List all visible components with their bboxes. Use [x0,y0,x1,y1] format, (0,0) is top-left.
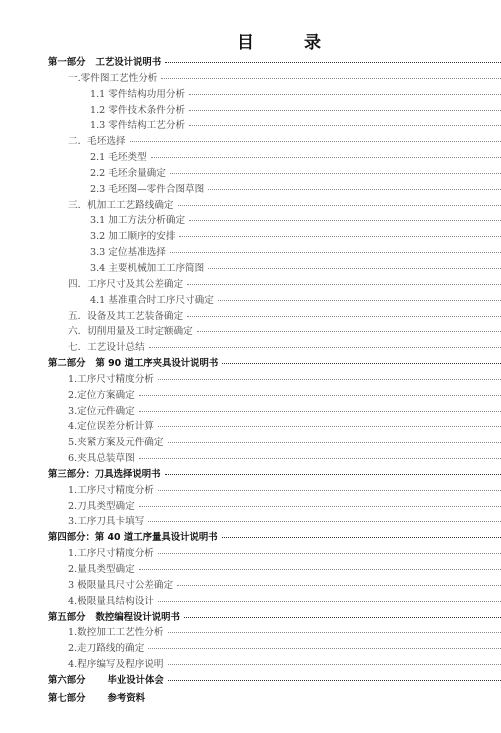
toc-entry[interactable]: 3.1 加工方法分析确定 [48,213,501,229]
toc-entry-text: 四．工序尺寸及其公差确定 [68,279,183,290]
toc-entry[interactable]: 3.4 主要机械加工工序简图 [48,261,501,277]
toc-entry[interactable]: 第六部分毕业设计体会 [48,673,501,689]
toc-entry-text: 2.1 毛坯类型 [90,152,147,163]
toc-entry-label: 七．工艺设计总结 [68,340,147,356]
dot-leader [151,156,501,158]
toc-entry-label: 第一部分工艺设计说明书 [48,55,163,71]
toc-entry-label: 1.工序尺寸精度分析 [68,483,156,499]
dot-leader [165,61,501,63]
dot-leader [170,251,501,253]
toc-entry[interactable]: 六．切削用量及工时定额确定 [48,324,501,340]
toc-entry[interactable]: 6.夹具总装草图 [48,451,501,467]
toc-entry-text: 2.3 毛坯图—零件合图草图 [90,184,204,195]
dot-leader [189,93,501,95]
toc-title: 目 录 [0,28,501,53]
dot-leader [189,219,501,221]
toc-entry-label: 1.2 零件技术条件分析 [90,103,187,119]
dot-leader [148,520,501,522]
dot-leader [149,346,501,348]
toc-entry[interactable]: 3.定位元件确定 [48,404,501,420]
toc-entry-text: 3.4 主要机械加工工序简图 [90,263,204,274]
toc-entry[interactable]: 五．设备及其工艺装备确定 [48,309,501,325]
toc-entry[interactable]: 3.3 定位基准选择 [48,245,501,261]
toc-entry[interactable]: 七．工艺设计总结 [48,340,501,356]
toc-entry-label: 第五部分数控编程设计说明书 [48,610,182,626]
dot-leader [170,172,501,174]
dot-leader [130,140,501,142]
dot-leader [139,394,501,396]
toc-entry[interactable]: 二．毛坯选择 [48,134,501,150]
toc-entry-text: 六．切削用量及工时定额确定 [68,326,193,337]
toc-entry-text: 数控编程设计说明书 [96,612,180,623]
toc-entry-text: 3 极限量具尺寸公差确定 [68,580,173,591]
toc-entry-text: 参考资料 [108,693,146,704]
dot-leader [187,283,501,285]
toc-part-number: 第六部分 [48,675,86,686]
toc-entry-label: 第二部分第 90 道工序夹具设计说明书 [48,356,220,372]
toc-entry-text: 4.极限量具结构设计 [68,596,154,607]
toc-entry-label: 一.零件图工艺性分析 [68,71,159,87]
toc-entry-label: 2.3 毛坯图—零件合图草图 [90,182,206,198]
toc-entry-text: 2.2 毛坯余量确定 [90,168,166,179]
dot-leader [158,552,501,554]
toc-entry-text: 3.工序刀具卡填写 [68,516,144,527]
toc-entry-label: 3.定位元件确定 [68,404,137,420]
dot-leader [184,616,501,618]
toc-entry[interactable]: 2.量具类型确定 [48,562,501,578]
toc-entry[interactable]: 4.1 基准重合时工序尺寸确定 [48,293,501,309]
toc-entry[interactable]: 2.2 毛坯余量确定 [48,166,501,182]
toc-entry-label: 4.1 基准重合时工序尺寸确定 [90,293,216,309]
dot-leader [197,330,501,332]
toc-entry-label: 第六部分毕业设计体会 [48,673,166,689]
toc-part-number: 第五部分 [48,612,86,623]
dot-leader [139,410,501,412]
toc-entry-text: 4.程序编写及程序说明 [68,659,164,670]
toc-entry-text: 4.定位误差分析计算 [68,421,154,432]
toc-part-number: 第一部分 [48,57,86,68]
toc-entry-text: 1.数控加工工艺性分析 [68,627,164,638]
toc-entry-text: 第三部分：刀具选择说明书 [48,469,161,480]
dot-leader [222,536,501,538]
toc-entry[interactable]: 第四部分：第 40 道工序量具设计说明书 [48,530,501,546]
dot-leader [187,315,501,317]
toc-entry-label: 2.定位方案确定 [68,388,137,404]
dot-leader [189,109,501,111]
toc-entry[interactable]: 3.2 加工顺序的安排 [48,229,501,245]
dot-leader [168,441,501,443]
toc-entry[interactable]: 第一部分工艺设计说明书 [48,55,501,71]
toc-entry-text: 1.工序尺寸精度分析 [68,374,154,385]
dot-leader [158,489,501,491]
toc-part-number: 第七部分 [48,693,86,704]
toc-entry-label: 3.3 定位基准选择 [90,245,168,261]
toc-entry-text: 2.刀具类型确定 [68,501,135,512]
toc-entry[interactable]: 第三部分：刀具选择说明书 [48,467,501,483]
toc-entry[interactable]: 1.数控加工工艺性分析 [48,625,501,641]
toc-entry-label: 第三部分：刀具选择说明书 [48,467,163,483]
dot-leader [148,647,501,649]
toc-entry-text: 2.量具类型确定 [68,564,135,575]
toc-entry[interactable]: 4.极限量具结构设计 [48,594,501,610]
toc-entry-text: 二．毛坯选择 [68,136,126,147]
toc-entry[interactable]: 2.走刀路线的确定 [48,641,501,657]
toc-entry-text: 一.零件图工艺性分析 [68,73,157,84]
toc-entry-label: 第七部分参考资料 [48,691,147,707]
toc-entry[interactable]: 2.1 毛坯类型 [48,150,501,166]
toc-entry-text: 3.2 加工顺序的安排 [90,231,175,242]
toc-entry-text: 4.1 基准重合时工序尺寸确定 [90,295,214,306]
toc-entry-label: 1.工序尺寸精度分析 [68,546,156,562]
toc-entry-label: 2.量具类型确定 [68,562,137,578]
toc-entry[interactable]: 4.定位误差分析计算 [48,419,501,435]
toc-entry-text: 3.1 加工方法分析确定 [90,215,185,226]
toc-entry-text: 第 90 道工序夹具设计说明书 [96,358,219,369]
toc-entry-label: 3.4 主要机械加工工序简图 [90,261,206,277]
toc-entry[interactable]: 1.工序尺寸精度分析 [48,372,501,388]
toc-entry-label: 3.工序刀具卡填写 [68,514,146,530]
dot-leader [208,188,501,190]
toc-entry-text: 工艺设计说明书 [96,57,162,68]
dot-leader [161,77,501,79]
toc-entry-label: 5.夹紧方案及元件确定 [68,435,166,451]
toc-entry-text: 3.3 定位基准选择 [90,247,166,258]
toc-entry-text: 5.夹紧方案及元件确定 [68,437,164,448]
toc-entry[interactable]: 2.3 毛坯图—零件合图草图 [48,182,501,198]
toc-entry[interactable]: 第五部分数控编程设计说明书 [48,610,501,626]
dot-leader [139,457,501,459]
toc-entry-text: 2.走刀路线的确定 [68,643,144,654]
dot-leader [168,679,501,681]
dot-leader [139,568,501,570]
toc-entry-text: 1.1 零件结构功用分析 [90,89,185,100]
table-of-contents: 第一部分工艺设计说明书一.零件图工艺性分析1.1 零件结构功用分析1.2 零件技… [48,55,501,707]
toc-entry-label: 1.1 零件结构功用分析 [90,87,187,103]
dot-leader [168,631,501,633]
toc-entry-text: 五．设备及其工艺装备确定 [68,311,183,322]
dot-leader [208,267,501,269]
toc-entry-text: 毕业设计体会 [108,675,164,686]
dot-leader [189,124,501,126]
toc-entry-label: 3 极限量具尺寸公差确定 [68,578,175,594]
toc-entry-text: 2.定位方案确定 [68,390,135,401]
toc-entry-label: 2.1 毛坯类型 [90,150,149,166]
toc-entry-label: 2.2 毛坯余量确定 [90,166,168,182]
toc-entry-label: 2.刀具类型确定 [68,499,137,515]
toc-part-number: 第二部分 [48,358,86,369]
toc-entry-text: 1.工序尺寸精度分析 [68,548,154,559]
toc-entry-text: 七．工艺设计总结 [68,342,145,353]
dot-leader [168,663,501,665]
toc-entry-label: 1.数控加工工艺性分析 [68,625,166,641]
toc-entry-text: 1.2 零件技术条件分析 [90,105,185,116]
toc-entry-text: 1.3 零件结构工艺分析 [90,120,185,131]
toc-entry-label: 4.极限量具结构设计 [68,594,156,610]
dot-leader [165,473,501,475]
toc-entry-label: 2.走刀路线的确定 [68,641,146,657]
toc-entry-text: 三．机加工工艺路线确定 [68,200,174,211]
toc-entry-label: 1.工序尺寸精度分析 [68,372,156,388]
dot-leader [158,600,501,602]
toc-entry[interactable]: 4.程序编写及程序说明 [48,657,501,673]
toc-entry-label: 6.夹具总装草图 [68,451,137,467]
toc-entry-label: 4.程序编写及程序说明 [68,657,166,673]
toc-entry-text: 3.定位元件确定 [68,406,135,417]
dot-leader [139,505,501,507]
toc-entry-text: 第四部分：第 40 道工序量具设计说明书 [48,532,218,543]
dot-leader [158,378,501,380]
toc-entry-text: 6.夹具总装草图 [68,453,135,464]
toc-entry-label: 二．毛坯选择 [68,134,128,150]
toc-entry-label: 4.定位误差分析计算 [68,419,156,435]
dot-leader [222,362,501,364]
toc-entry[interactable]: 2.刀具类型确定 [48,499,501,515]
toc-entry-label: 三．机加工工艺路线确定 [68,198,176,214]
dot-leader [178,204,501,206]
dot-leader [177,584,501,586]
toc-entry[interactable]: 5.夹紧方案及元件确定 [48,435,501,451]
toc-entry[interactable]: 3.工序刀具卡填写 [48,514,501,530]
toc-entry[interactable]: 三．机加工工艺路线确定 [48,198,501,214]
toc-entry[interactable]: 1.工序尺寸精度分析 [48,483,501,499]
toc-entry-label: 第四部分：第 40 道工序量具设计说明书 [48,530,220,546]
dot-leader [158,425,501,427]
toc-entry[interactable]: 3 极限量具尺寸公差确定 [48,578,501,594]
toc-entry[interactable]: 1.2 零件技术条件分析 [48,103,501,119]
toc-entry[interactable]: 四．工序尺寸及其公差确定 [48,277,501,293]
toc-entry-label: 1.3 零件结构工艺分析 [90,118,187,134]
toc-entry[interactable]: 一.零件图工艺性分析 [48,71,501,87]
toc-entry[interactable]: 1.1 零件结构功用分析 [48,87,501,103]
toc-entry[interactable]: 第二部分第 90 道工序夹具设计说明书 [48,356,501,372]
toc-entry[interactable]: 2.定位方案确定 [48,388,501,404]
dot-leader [179,235,501,237]
dot-leader [218,299,501,301]
toc-entry-label: 3.2 加工顺序的安排 [90,229,177,245]
toc-entry-label: 五．设备及其工艺装备确定 [68,309,185,325]
toc-entry-label: 六．切削用量及工时定额确定 [68,324,195,340]
toc-entry-text: 1.工序尺寸精度分析 [68,485,154,496]
toc-entry-label: 四．工序尺寸及其公差确定 [68,277,185,293]
toc-entry-label: 3.1 加工方法分析确定 [90,213,187,229]
toc-entry[interactable]: 1.工序尺寸精度分析 [48,546,501,562]
toc-entry[interactable]: 1.3 零件结构工艺分析 [48,118,501,134]
toc-entry[interactable]: 第七部分参考资料 [48,691,501,707]
